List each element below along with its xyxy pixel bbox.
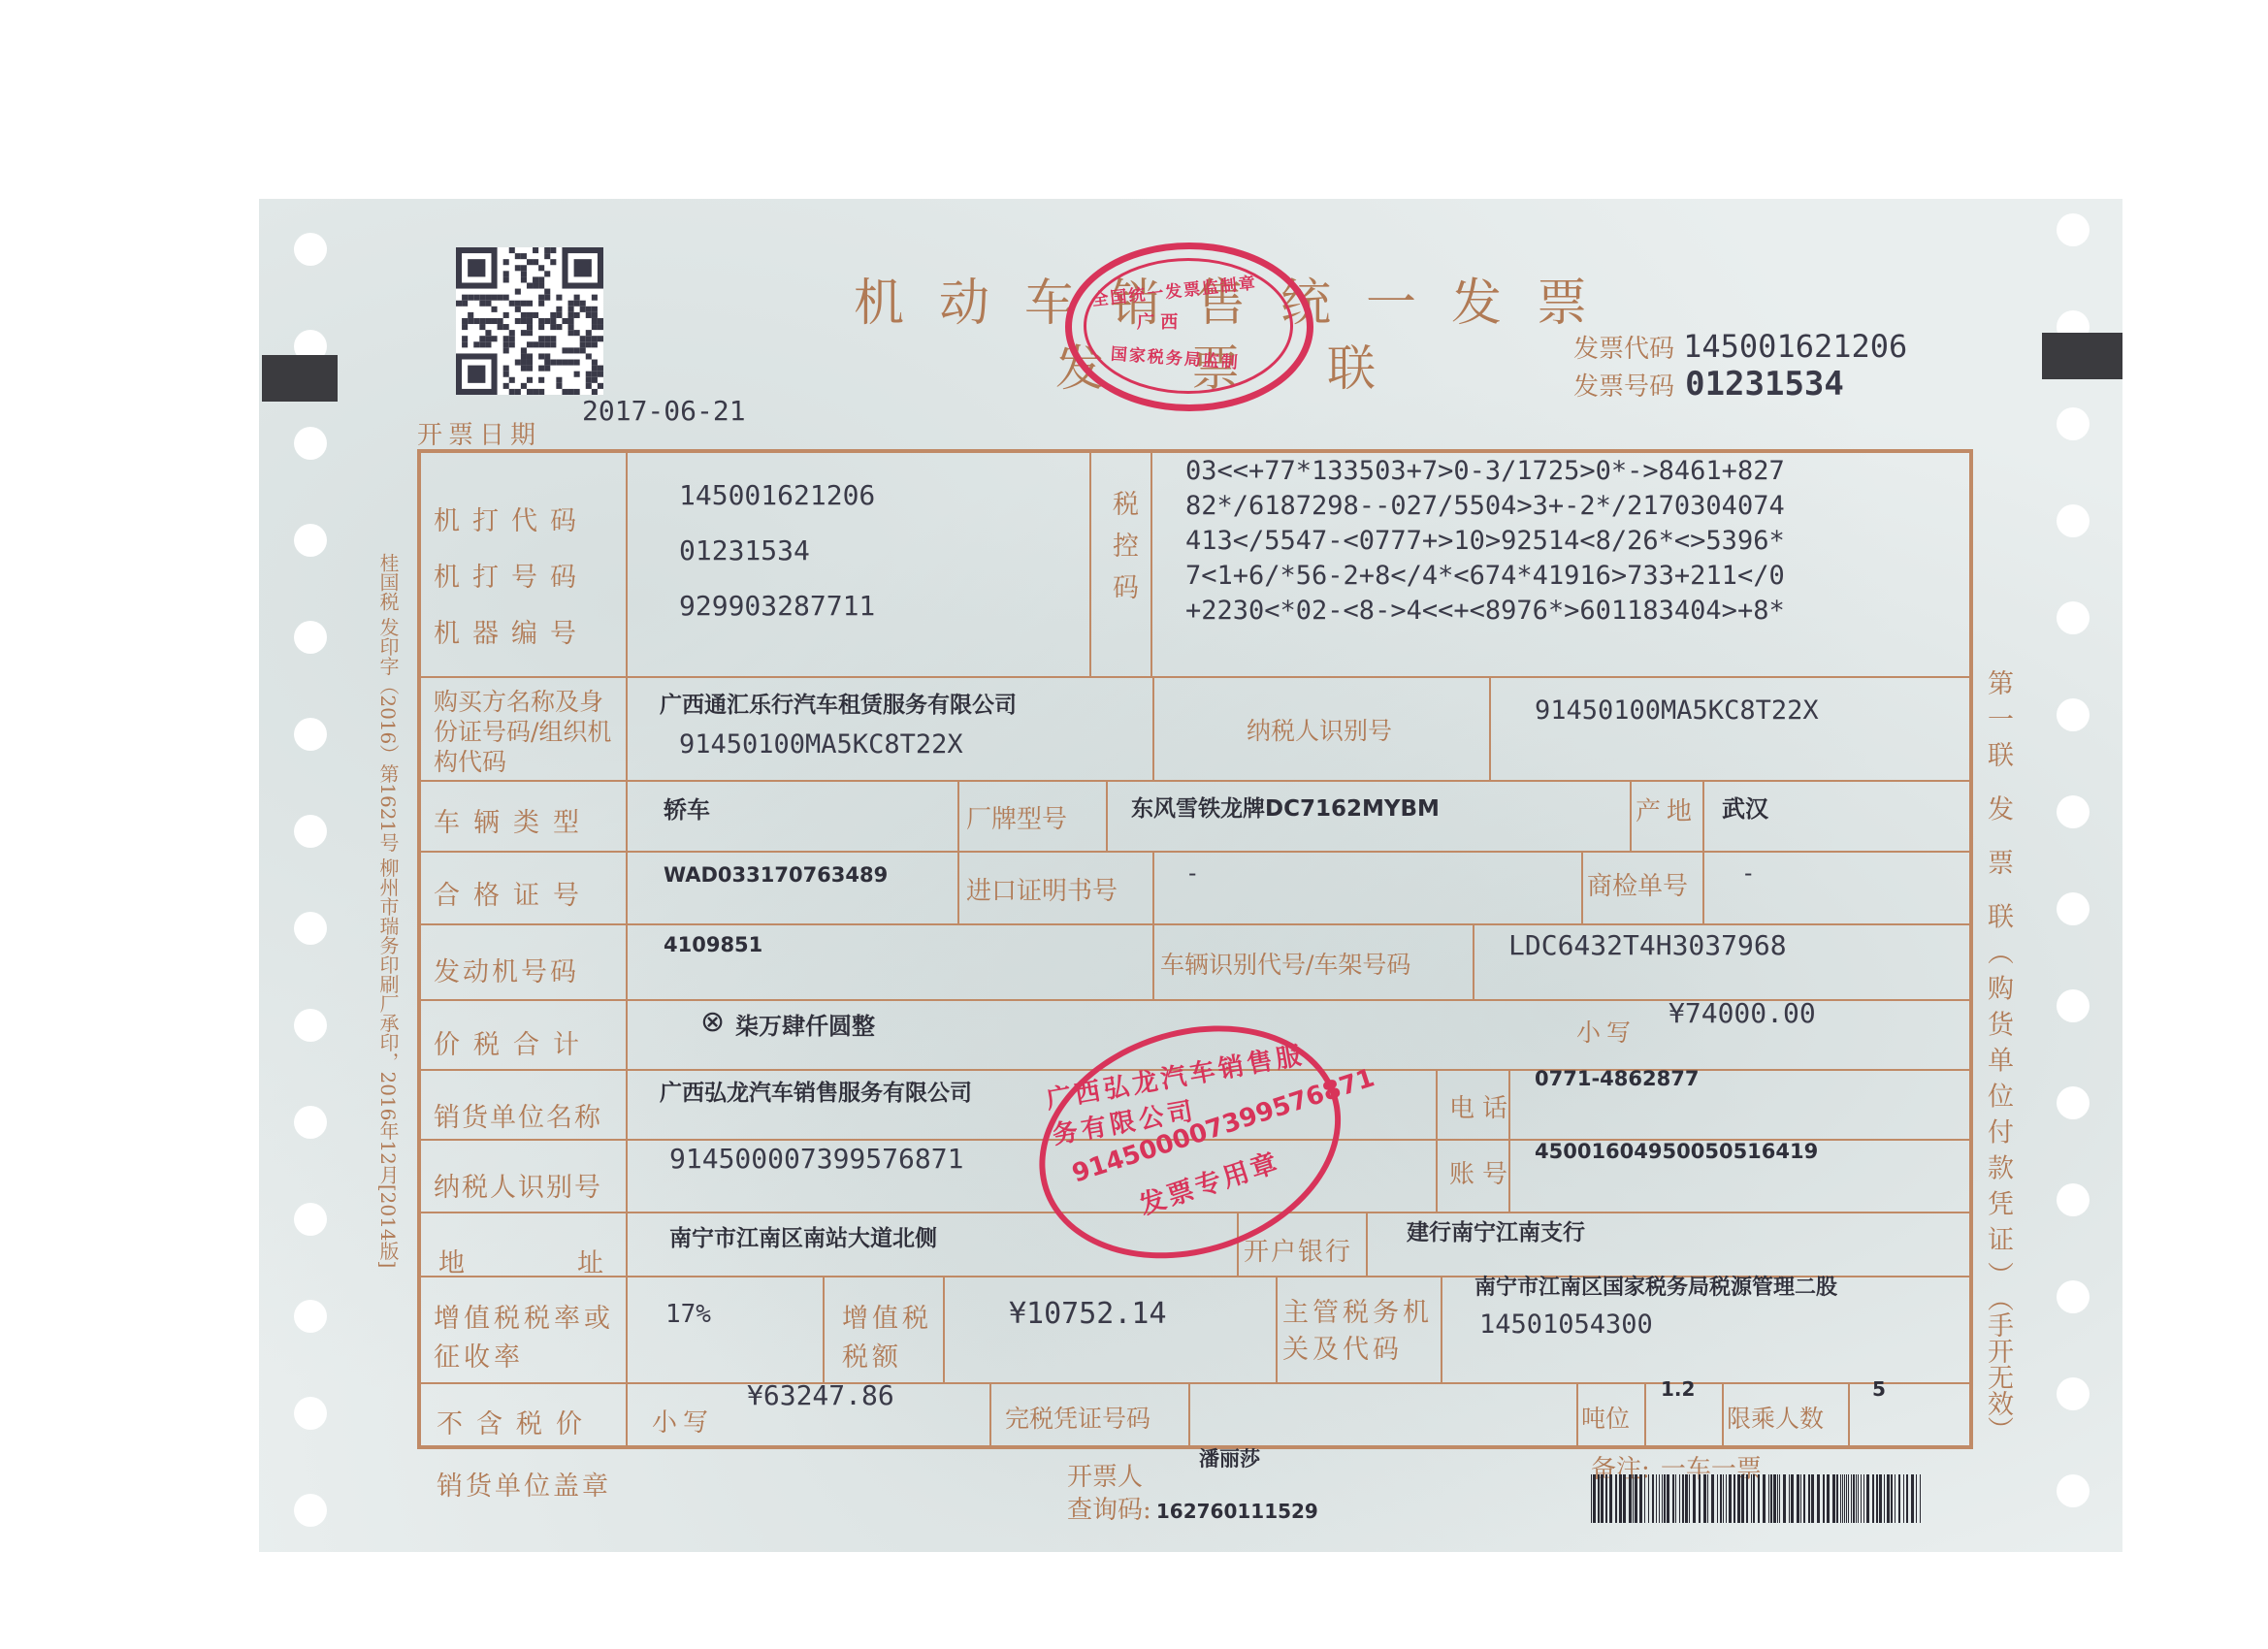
- seats-label: 限乘人数: [1727, 1400, 1824, 1435]
- tonnage-label: 吨位: [1581, 1400, 1630, 1435]
- price-excl-tax-label: 不含税价: [437, 1403, 596, 1440]
- tax-paid-cert-label: 完税凭证号码: [1005, 1400, 1150, 1435]
- tractor-hole: [294, 1203, 327, 1236]
- tractor-hole: [2057, 892, 2090, 925]
- vehicle-model-label: 厂牌型号: [966, 799, 1067, 835]
- vin-label: 车辆识别代号/车架号码: [1160, 946, 1410, 981]
- tax-control-line: 413</5547-<0777+>10>92514<8/26*<>5396*: [1185, 524, 1785, 559]
- invoice-number-value: 01231534: [1685, 365, 1844, 404]
- tax-control-line: +2230<*02-<8->4<<+<8976*>601183404>+8*: [1185, 594, 1785, 629]
- seller-taxpayer-id-value: 914500007399576871: [669, 1143, 963, 1175]
- copy-designation: 第一联 发 票 联（购货单位付款凭证）: [1979, 669, 2017, 1298]
- engine-value: 4109851: [664, 933, 762, 956]
- tractor-hole: [294, 815, 327, 848]
- import-cert-value: -: [1185, 859, 1199, 887]
- tractor-hole: [294, 912, 327, 945]
- tax-control-code: 03<<+77*133503+7>0-3/1725>0*->8461+827 8…: [1185, 454, 1785, 629]
- buyer-taxpayer-id: 91450100MA5KC8T22X: [1535, 695, 1819, 726]
- vehicle-type-value: 轿车: [664, 791, 710, 824]
- tractor-hole: [2057, 795, 2090, 828]
- inspection-label: 商检单号: [1587, 866, 1688, 902]
- invoice-code-label: 发票代码: [1573, 335, 1674, 364]
- tractor-hole: [2057, 213, 2090, 246]
- tax-authority-label: 主管税务机关及代码: [1282, 1295, 1438, 1369]
- issuer-value: 潘丽莎: [1199, 1443, 1260, 1472]
- seller-phone-value: 0771-4862877: [1535, 1067, 1699, 1090]
- invoice-number-label: 发票号码: [1573, 372, 1674, 402]
- seller-taxpayer-id-label: 纳税人识别号: [434, 1166, 602, 1204]
- machine-code-value: 145001621206: [679, 479, 875, 511]
- tractor-hole: [2057, 698, 2090, 731]
- tractor-hole: [2057, 1474, 2090, 1507]
- tax-control-line: 7<1+6/*56-2+8</4*<674*41916>733+211</0: [1185, 559, 1785, 594]
- tax-authority-code: 14501054300: [1479, 1309, 1653, 1340]
- alignment-mark-left: [262, 355, 338, 402]
- query-code-value: 162760111529: [1156, 1500, 1318, 1523]
- vehicle-origin-label: 产地: [1636, 792, 1698, 827]
- engine-label: 发动机号码: [434, 951, 579, 988]
- buyer-taxpayer-id-label: 纳税人识别号: [1247, 712, 1392, 747]
- tractor-hole: [294, 1009, 327, 1042]
- tonnage-value: 1.2: [1661, 1377, 1695, 1401]
- tractor-hole: [2057, 1183, 2090, 1216]
- buyer-id: 91450100MA5KC8T22X: [679, 729, 963, 760]
- vat-rate-label: 增值税税率或征收率: [434, 1300, 618, 1377]
- seller-name-value: 广西弘龙汽车销售服务有限公司: [660, 1075, 972, 1107]
- seller-phone-label: 电话: [1449, 1088, 1515, 1124]
- issue-date-value: 2017-06-21: [582, 395, 746, 427]
- seller-address-value: 南宁市江南区南站大道北侧: [669, 1220, 937, 1252]
- vehicle-model-value: 东风雪铁龙牌DC7162MYBM: [1131, 791, 1440, 823]
- tractor-hole: [2057, 601, 2090, 634]
- tractor-hole: [294, 427, 327, 460]
- total-uppercase: 柒万肆仟圆整: [735, 1007, 875, 1041]
- seller-address-label: 地址: [438, 1242, 603, 1279]
- seats-value: 5: [1872, 1377, 1886, 1401]
- seller-name-label: 销货单位名称: [434, 1096, 602, 1134]
- barcode: [1591, 1474, 1921, 1523]
- import-cert-label: 进口证明书号: [966, 871, 1118, 907]
- tractor-hole: [2057, 407, 2090, 440]
- stamp-text-middle: 广 西: [1137, 308, 1178, 334]
- tractor-hole: [294, 1106, 327, 1139]
- cross-circle-icon: ⊗: [700, 1005, 725, 1039]
- price-lowercase-label: 小写: [652, 1403, 714, 1439]
- machine-number-label: 机打号码: [434, 556, 589, 594]
- inspection-value: -: [1741, 859, 1755, 887]
- tax-control-line: 82*/6187298--027/5504>3+-2*/2170304074: [1185, 489, 1785, 524]
- invoice-number-field: 发票号码 01231534: [1573, 365, 1844, 404]
- buyer-label: 购买方名称及身份证号码/组织机构代码: [434, 687, 620, 777]
- total-lowercase-value: ¥74000.00: [1669, 997, 1816, 1029]
- issue-date-label: 开票日期: [417, 415, 541, 451]
- tractor-hole: [294, 1494, 327, 1527]
- tax-authority-name: 南宁市江南区国家税务局税源管理二股: [1474, 1271, 1837, 1301]
- tractor-hole: [2057, 989, 2090, 1022]
- vat-amount-value: ¥10752.14: [1009, 1297, 1167, 1331]
- vin-value: LDC6432T4H3037968: [1508, 929, 1787, 961]
- tax-control-line: 03<<+77*133503+7>0-3/1725>0*->8461+827: [1185, 454, 1785, 489]
- invoice-code-field: 发票代码 145001621206: [1573, 328, 1907, 365]
- tractor-hole: [2057, 1377, 2090, 1410]
- machine-device-label: 机器编号: [434, 612, 589, 650]
- tractor-hole: [294, 1397, 327, 1430]
- certificate-value: WAD033170763489: [664, 863, 888, 887]
- alignment-mark-right: [2042, 333, 2122, 379]
- buyer-name: 广西通汇乐行汽车租赁服务有限公司: [660, 687, 1017, 719]
- issuer-label: 开票人: [1067, 1457, 1143, 1493]
- total-lowercase-label: 小写: [1576, 1014, 1636, 1049]
- seller-account-value: 450016049500505​16419: [1535, 1140, 1818, 1163]
- invoice-code-value: 145001621206: [1683, 328, 1907, 365]
- handwritten-invalid-note: （手开无效）: [1979, 1285, 2017, 1442]
- tax-control-label: 税控码: [1104, 490, 1142, 615]
- vat-amount-label: 增值税税额: [842, 1300, 939, 1377]
- query-code-label: 查询码:: [1067, 1496, 1151, 1525]
- vehicle-type-label: 车辆类型: [434, 801, 593, 839]
- seller-seal-label: 销货单位盖章: [437, 1465, 611, 1503]
- vehicle-origin-value: 武汉: [1722, 790, 1768, 824]
- seller-account-label: 账号: [1449, 1154, 1515, 1190]
- tractor-hole: [2057, 1280, 2090, 1313]
- machine-device-value: 929903287711: [679, 590, 875, 622]
- vat-rate-value: 17%: [665, 1300, 711, 1329]
- seller-bank-value: 建行南宁江南支行: [1407, 1214, 1585, 1246]
- tractor-hole: [2057, 504, 2090, 537]
- printer-imprint: 桂国税 发印字（2016）第1621号 柳州市瑞务印刷厂承印，2016年12月[…: [374, 553, 403, 1358]
- tractor-hole: [294, 1300, 327, 1333]
- tractor-hole: [294, 233, 327, 266]
- tractor-hole: [294, 524, 327, 557]
- machine-code-label: 机打代码: [434, 500, 589, 537]
- price-excl-tax-value: ¥63247.86: [747, 1379, 894, 1411]
- query-code: 查询码: 162760111529: [1067, 1490, 1318, 1526]
- tractor-hole: [294, 621, 327, 654]
- total-label: 价税合计: [434, 1023, 593, 1061]
- tractor-hole: [294, 718, 327, 751]
- machine-number-value: 01231534: [679, 534, 810, 566]
- tractor-hole: [2057, 1086, 2090, 1119]
- qr-code: [456, 247, 603, 395]
- certificate-label: 合格证号: [434, 874, 593, 912]
